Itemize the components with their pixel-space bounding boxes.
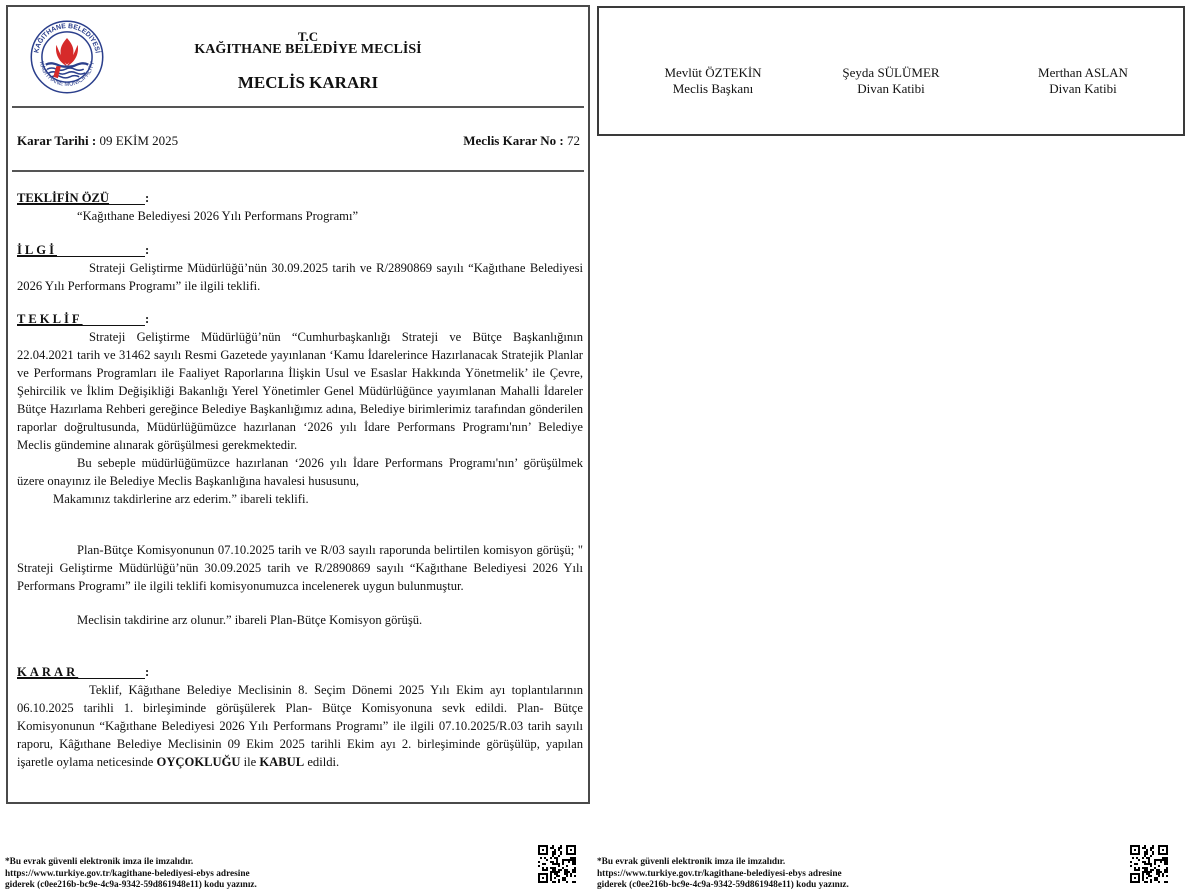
teklif-paragraph-2: Bu sebeple müdürlüğümüzce hazırlanan ‘20…: [17, 454, 583, 490]
header-divider: [12, 106, 584, 108]
meta-divider: [12, 170, 584, 172]
karar-text: Teklif, Kâğıthane Belediye Meclisinin 8.…: [17, 681, 583, 771]
teklif-paragraph-1: Strateji Geliştirme Müdürlüğü’nün “Cumhu…: [17, 328, 583, 454]
teklif-paragraph-3: Makamınız takdirlerine arz ederim.” ibar…: [17, 490, 583, 508]
komisyon-paragraph-2: Meclisin takdirine arz olunur.” ibareli …: [17, 611, 583, 629]
vote-result: OYÇOKLUĞU: [157, 755, 241, 769]
section-ilgi: İLGİ : Strateji Geliştirme Müdürlüğü’nün…: [17, 241, 583, 295]
section-karar: KARAR : Teklif, Kâğıthane Belediye Mecli…: [17, 663, 583, 771]
signer-role: Divan Katibi: [801, 81, 981, 97]
heading-underline: [17, 663, 145, 679]
signer-name: Mevlüt ÖZTEKİN: [623, 65, 803, 81]
karar-text-middle: ile: [241, 755, 260, 769]
footer-right: *Bu evrak güvenli elektronik imza ile im…: [597, 857, 849, 892]
signature-president: Mevlüt ÖZTEKİN Meclis Başkanı: [623, 65, 803, 97]
section-text: “Kağıthane Belediyesi 2026 Yılı Performa…: [17, 207, 583, 225]
decision-date: Karar Tarihi : 09 EKİM 2025: [17, 133, 178, 149]
heading-underline: [17, 189, 145, 205]
heading-underline: [17, 241, 145, 257]
decision-number: Meclis Karar No : 72: [463, 133, 580, 149]
qr-code-icon[interactable]: [1130, 845, 1168, 883]
footer-verification-url[interactable]: https://www.turkiye.gov.tr/kagithane-bel…: [5, 869, 257, 881]
signature-secretary-2: Merthan ASLAN Divan Katibi: [993, 65, 1173, 97]
signer-role: Meclis Başkanı: [623, 81, 803, 97]
decision-page: KAĞITHANE BELEDİYESİ KAĞITHANE MUNICIPAL…: [6, 5, 590, 804]
section-colon: :: [145, 189, 149, 207]
komisyon-paragraph-1: Plan-Bütçe Komisyonunun 07.10.2025 tarih…: [17, 541, 583, 595]
section-text: Strateji Geliştirme Müdürlüğü’nün 30.09.…: [17, 259, 583, 295]
qr-code-icon[interactable]: [538, 845, 576, 883]
footer-verification-url[interactable]: https://www.turkiye.gov.tr/kagithane-bel…: [597, 869, 849, 881]
section-komisyon-gorusu: Plan-Bütçe Komisyonunun 07.10.2025 tarih…: [17, 541, 583, 629]
decision-number-value: 72: [564, 133, 580, 148]
section-colon: :: [145, 663, 149, 681]
decision-number-label: Meclis Karar No :: [463, 133, 563, 148]
header-organization: KAĞITHANE BELEDİYE MECLİSİ: [8, 42, 588, 58]
heading-underline: [17, 310, 145, 326]
section-teklif: TEKLİF : Strateji Geliştirme Müdürlüğü’n…: [17, 310, 583, 508]
section-colon: :: [145, 241, 149, 259]
signer-name: Şeyda SÜLÜMER: [801, 65, 981, 81]
footer-line-3: giderek (c0ee216b-bc9e-4c9a-9342-59d8619…: [597, 880, 849, 892]
signer-name: Merthan ASLAN: [993, 65, 1173, 81]
footer-line-1: *Bu evrak güvenli elektronik imza ile im…: [597, 857, 849, 869]
decision-date-value: 09 EKİM 2025: [96, 133, 178, 148]
signer-role: Divan Katibi: [993, 81, 1173, 97]
signature-secretary-1: Şeyda SÜLÜMER Divan Katibi: [801, 65, 981, 97]
section-colon: :: [145, 310, 149, 328]
section-teklifin-ozu: TEKLİFİN ÖZÜ : “Kağıthane Belediyesi 202…: [17, 189, 583, 225]
decision-result: KABUL: [259, 755, 304, 769]
footer-line-1: *Bu evrak güvenli elektronik imza ile im…: [5, 857, 257, 869]
karar-text-after: edildi.: [304, 755, 339, 769]
signature-box: Mevlüt ÖZTEKİN Meclis Başkanı Şeyda SÜLÜ…: [597, 6, 1185, 136]
decision-date-label: Karar Tarihi :: [17, 133, 96, 148]
page-title: MECLİS KARARI: [8, 73, 588, 93]
footer-line-3: giderek (c0ee216b-bc9e-4c9a-9342-59d8619…: [5, 880, 257, 892]
footer-left: *Bu evrak güvenli elektronik imza ile im…: [5, 857, 257, 892]
